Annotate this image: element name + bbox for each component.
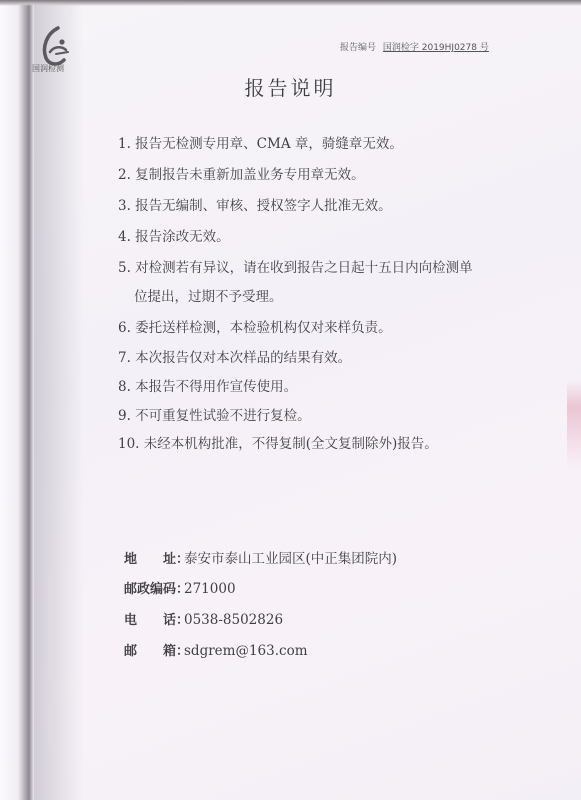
page-binding-edge [0,0,34,800]
note-item: 5. 对检测若有异议，请在收到报告之日起十五日内向检测单 [118,256,473,276]
seam-stamp-mark [567,380,581,470]
note-item: 1. 报告无检测专用章、CMA 章，骑缝章无效。 [118,132,403,152]
contact-label: 邮政编码： [124,578,184,597]
note-item-continued: 位提出，过期不予受理。 [134,285,283,305]
note-item: 2. 复制报告未重新加盖业务专用章无效。 [118,163,365,183]
page-title: 报告说明 [0,72,581,101]
contact-value: 0538-8502826 [184,612,283,628]
note-item: 7. 本次报告仅对本次样品的结果有效。 [118,346,351,366]
report-number-value: 国润检字 2019HJ0278 号 [383,43,489,53]
contact-phone: 电 话：0538-8502826 [124,609,283,628]
contact-address: 地 址：泰安市泰山工业园区(中正集团院内) [124,547,397,567]
note-item: 6. 委托送样检测，本检验机构仅对来样负责。 [118,316,392,336]
report-number-label: 报告编号 [340,43,376,53]
note-item: 9. 不可重复性试验不进行复检。 [118,404,311,424]
contact-postcode: 邮政编码：271000 [124,578,236,597]
report-number: 报告编号 国润检字 2019HJ0278 号 [340,40,489,53]
page-shadow [34,0,84,800]
contact-label: 邮 箱： [124,640,184,659]
note-item: 3. 报告无编制、审核、授权签字人批准无效。 [118,194,392,214]
contact-label: 电 话： [124,609,184,628]
contact-email: 邮 箱：sdgrem@163.com [124,640,308,659]
contact-label: 地 址： [124,548,184,567]
note-item: 10. 未经本机构批准，不得复制(全文复制除外)报告。 [118,432,438,452]
contact-value: 泰安市泰山工业园区(中正集团院内) [184,547,397,567]
note-item: 8. 本报告不得用作宣传使用。 [118,375,297,395]
page-top-edge [0,0,581,6]
contact-value: 271000 [184,581,236,597]
note-item: 4. 报告涂改无效。 [118,225,230,245]
contact-value: sdgrem@163.com [184,643,308,659]
document-page [34,4,581,800]
